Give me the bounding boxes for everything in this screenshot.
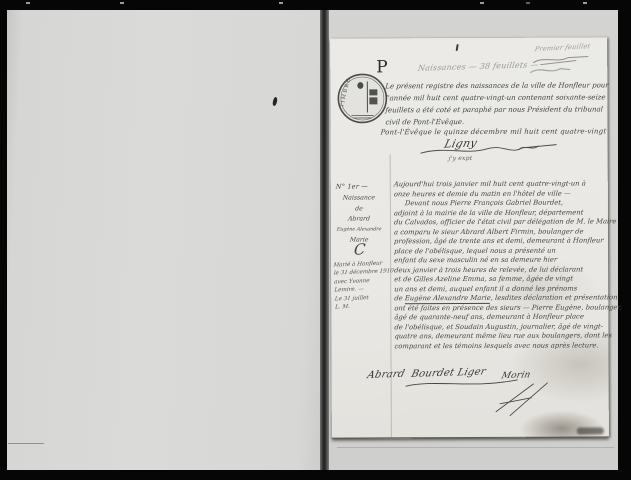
signatory-name: Abrard — [366, 369, 406, 381]
corner-annotation: Premier feuillet — [534, 42, 591, 53]
notarial-stamp-icon: TIMBRE — [335, 71, 389, 125]
act-line: profession, âgé de trente ans et demi, d… — [394, 236, 608, 246]
left-blank-page — [7, 10, 320, 470]
film-tick — [583, 2, 587, 4]
birth-act: Aujourd'hui trois janvier mil huit cent … — [394, 179, 608, 351]
act-line: Devant nous Pierre François Gabriel Bour… — [393, 198, 607, 208]
pencil-flourish-icon — [528, 65, 572, 77]
signature-flourish-icon — [419, 141, 561, 158]
act-line-fragment: , lesdites déclaration et présentation — [490, 293, 617, 302]
film-tick — [279, 2, 283, 4]
margin-title-line: Eugène Alexandre — [330, 225, 387, 236]
ink-speck — [272, 97, 278, 107]
act-line: comparant et les témoins lesquels avec n… — [394, 341, 608, 351]
film-tick — [526, 2, 530, 4]
certification-line: Le présent registre des naissances de la… — [385, 79, 602, 92]
act-line: enfant du sexe masculin né en sa demeure… — [394, 255, 608, 265]
microfilm-frame: Premier feuillet P Naissances — 38 feuil… — [0, 0, 631, 480]
certification-line: feuillets a été coté et paraphé par nous… — [385, 103, 602, 116]
marriage-mention: Marié à Honfleur le 31 décembre 1910 ave… — [333, 259, 390, 312]
film-tick — [120, 2, 124, 4]
margin-title-line: Abrard — [330, 214, 387, 225]
act-line: Aujourd'hui trois janvier mil huit cent … — [393, 179, 607, 189]
certification-line: civil de Pont-l'Évêque. — [385, 115, 602, 128]
paper-edge-line — [8, 443, 44, 444]
certification-dateline: Pont-l'Évêque le quinze décembre mil hui… — [380, 127, 607, 136]
paper-edge-line — [337, 447, 614, 448]
child-names-underlined: Eugène Alexandre Marie — [404, 294, 491, 304]
act-line: et de Gilles Azeline Emma, sa femme, âgé… — [394, 274, 608, 284]
act-line: âgé de quarante-neuf ans, demeurant à Ho… — [394, 312, 608, 322]
book-gutter — [320, 10, 329, 470]
act-line-names: de Eugène Alexandre Marie, lesdites décl… — [394, 293, 608, 303]
ink-speck — [456, 44, 459, 51]
pencil-annotation: Naissances — 38 feuillets — — [417, 60, 539, 73]
act-line-fragment: de — [394, 294, 405, 302]
age-smudge — [577, 427, 604, 434]
certification-line: l'année mil huit cent quatre-vingt-un co… — [385, 91, 602, 104]
margin-title: Naissance de Abrard Eugène Alexandre Mar… — [331, 193, 387, 246]
register-page: Premier feuillet P Naissances — 38 feuil… — [330, 37, 609, 438]
film-tick — [480, 2, 484, 4]
stamp-figure-head — [357, 82, 363, 89]
signature-note: j'y expt — [448, 155, 472, 162]
margin-rule — [390, 154, 392, 437]
margin-title-line: de — [330, 204, 387, 215]
certification-paragraph: Le présent registre des naissances de la… — [385, 79, 601, 128]
margin-act-number: N° 1er — — [335, 182, 368, 190]
paraph-mark: C — [353, 240, 366, 259]
margin-title-line: Naissance — [330, 193, 387, 204]
film-tick — [26, 2, 30, 4]
officer-signature: Morin — [500, 370, 531, 381]
marriage-mention-line: L. M. — [335, 301, 391, 312]
officer-flourish-icon — [482, 382, 572, 418]
act-line: du Calvados, officier de l'état civil pa… — [394, 217, 608, 227]
act-line: quatre ans, demeurant même lieu rue aux … — [394, 331, 608, 341]
